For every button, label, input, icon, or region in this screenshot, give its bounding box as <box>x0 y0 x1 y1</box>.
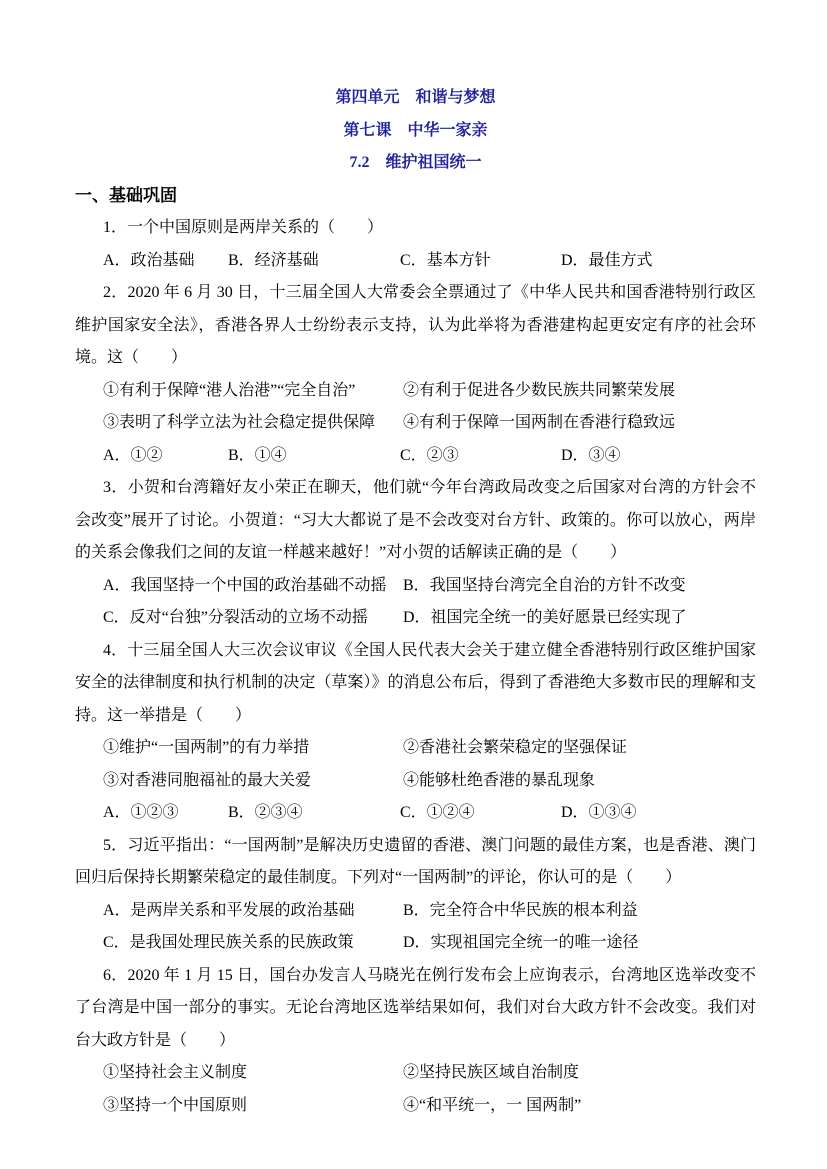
question-4-items-row-2: ③对香港同胞福祉的最大关爱 ④能够杜绝香港的暴乱现象 <box>75 765 756 798</box>
q4-item-4: ④能够杜绝香港的暴乱现象 <box>403 765 756 798</box>
q3-option-d: D．祖国完全统一的美好愿景已经实现了 <box>403 602 756 635</box>
q2-option-a: A．①② <box>103 440 228 473</box>
q6-item-1: ①坚持社会主义制度 <box>103 1057 403 1090</box>
q1-option-a: A．政治基础 <box>103 245 228 278</box>
q1-option-b: B．经济基础 <box>228 245 400 278</box>
question-5-options-row-1: A．是两岸关系和平发展的政治基础 B．完全符合中华民族的根本利益 <box>75 895 756 928</box>
lesson-title: 第七课 中华一家亲 <box>75 115 756 148</box>
q2-item-4: ④有利于保障一国两制在香港行稳致远 <box>403 407 756 440</box>
q3-option-a: A．我国坚持一个中国的政治基础不动摇 <box>103 570 403 603</box>
q4-option-c: C．①②④ <box>400 797 561 830</box>
question-5-stem: 5．习近平指出：“一国两制”是解决历史遗留的香港、澳门问题的最佳方案，也是香港、… <box>75 830 756 895</box>
q2-item-3: ③表明了科学立法为社会稳定提供保障 <box>103 407 403 440</box>
q2-item-1: ①有利于保障“港人治港”“完全自治” <box>103 375 403 408</box>
question-4-stem: 4．十三届全国人大三次会议审议《全国人民代表大会关于建立健全香港特别行政区维护国… <box>75 635 756 733</box>
q4-option-d: D．①③④ <box>561 797 756 830</box>
q2-option-b: B．①④ <box>228 440 400 473</box>
question-3-options-row-2: C．反对“台独”分裂活动的立场不动摇 D．祖国完全统一的美好愿景已经实现了 <box>75 602 756 635</box>
q6-item-4: ④“和平统一，一 国两制” <box>403 1090 756 1123</box>
q4-item-1: ①维护“一国两制”的有力举措 <box>103 732 403 765</box>
q5-option-b: B．完全符合中华民族的根本利益 <box>403 895 756 928</box>
q1-option-c: C．基本方针 <box>400 245 561 278</box>
q4-option-b: B．②③④ <box>228 797 400 830</box>
q4-option-a: A．①②③ <box>103 797 228 830</box>
q4-item-3: ③对香港同胞福祉的最大关爱 <box>103 765 403 798</box>
q3-option-c: C．反对“台独”分裂活动的立场不动摇 <box>103 602 403 635</box>
question-3-stem: 3．小贺和台湾籍好友小荣正在聊天，他们就“今年台湾政局改变之后国家对台湾的方针会… <box>75 472 756 570</box>
q2-item-2: ②有利于促进各少数民族共同繁荣发展 <box>403 375 756 408</box>
section-title: 7.2 维护祖国统一 <box>75 147 756 180</box>
q4-item-2: ②香港社会繁荣稳定的坚强保证 <box>403 732 756 765</box>
q2-option-d: D．③④ <box>561 440 756 473</box>
question-2-stem: 2．2020 年 6 月 30 日，十三届全国人大常委会全票通过了《中华人民共和… <box>75 277 756 375</box>
question-6-items-row-1: ①坚持社会主义制度 ②坚持民族区域自治制度 <box>75 1057 756 1090</box>
question-2-items-row-2: ③表明了科学立法为社会稳定提供保障 ④有利于保障一国两制在香港行稳致远 <box>75 407 756 440</box>
question-1-stem: 1．一个中国原则是两岸关系的（ ） <box>75 212 756 245</box>
question-6-items-row-2: ③坚持一个中国原则 ④“和平统一，一 国两制” <box>75 1090 756 1123</box>
q5-option-d: D．实现祖国完全统一的唯一途径 <box>403 927 756 960</box>
q5-option-c: C．是我国处理民族关系的民族政策 <box>103 927 403 960</box>
q6-item-3: ③坚持一个中国原则 <box>103 1090 403 1123</box>
q6-item-2: ②坚持民族区域自治制度 <box>403 1057 756 1090</box>
part-one-heading: 一、基础巩固 <box>75 180 756 213</box>
q5-option-a: A．是两岸关系和平发展的政治基础 <box>103 895 403 928</box>
question-5-options-row-2: C．是我国处理民族关系的民族政策 D．实现祖国完全统一的唯一途径 <box>75 927 756 960</box>
q3-option-b: B．我国坚持台湾完全自治的方针不改变 <box>403 570 756 603</box>
question-2-options: A．①② B．①④ C．②③ D．③④ <box>75 440 756 473</box>
question-2-items-row-1: ①有利于保障“港人治港”“完全自治” ②有利于促进各少数民族共同繁荣发展 <box>75 375 756 408</box>
q1-option-d: D．最佳方式 <box>561 245 756 278</box>
question-3-options-row-1: A．我国坚持一个中国的政治基础不动摇 B．我国坚持台湾完全自治的方针不改变 <box>75 570 756 603</box>
question-1-options: A．政治基础 B．经济基础 C．基本方针 D．最佳方式 <box>75 245 756 278</box>
q2-option-c: C．②③ <box>400 440 561 473</box>
question-4-options: A．①②③ B．②③④ C．①②④ D．①③④ <box>75 797 756 830</box>
question-4-items-row-1: ①维护“一国两制”的有力举措 ②香港社会繁荣稳定的坚强保证 <box>75 732 756 765</box>
worksheet-page: 第四单元 和谐与梦想 第七课 中华一家亲 7.2 维护祖国统一 一、基础巩固 1… <box>0 0 827 1169</box>
question-6-stem: 6．2020 年 1 月 15 日，国台办发言人马晓光在例行发布会上应询表示，台… <box>75 960 756 1058</box>
unit-title: 第四单元 和谐与梦想 <box>75 82 756 115</box>
